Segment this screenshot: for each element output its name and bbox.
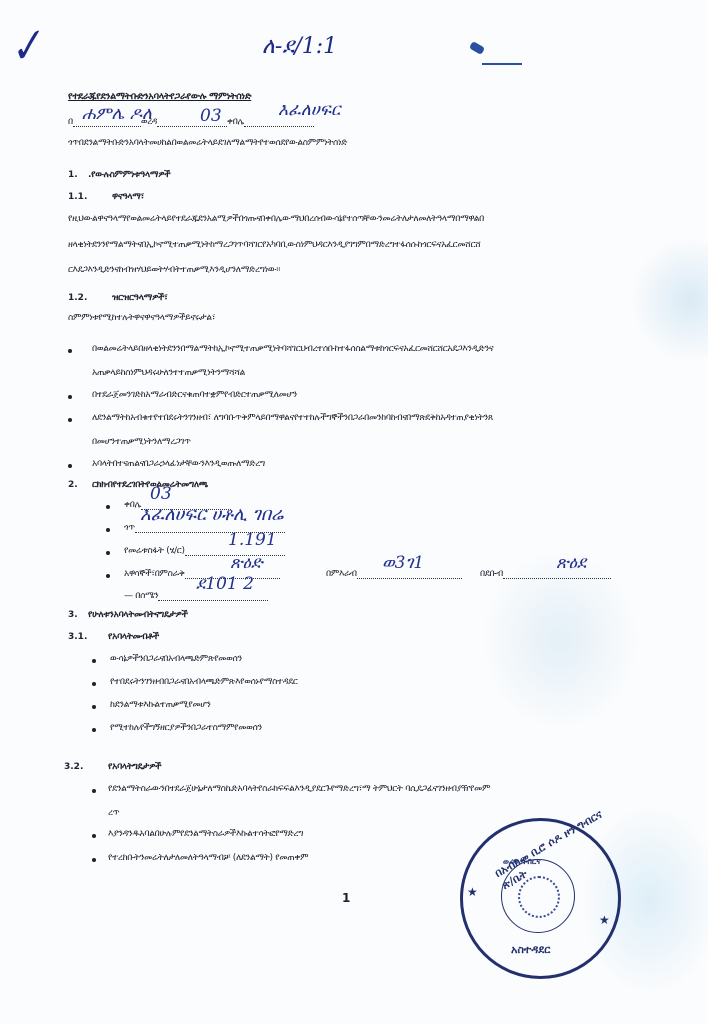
objective-item: ለደንልማትከአብቁተየተበደሩትንገንዘብ፣ ለግባቡጥቅምላይበማዋልናየተ… (92, 413, 493, 423)
bullet-icon (68, 395, 72, 399)
emblem-icon (518, 876, 560, 918)
duties-item: የተረከቡትንመሬትለታለመለትዓላማብቻ (ለደንልማት) የመጠቀም (108, 853, 308, 863)
section-3-title: የሁለቱንአባላትመብትናግዴታዎች (88, 610, 188, 620)
field-label: በሰሜን (135, 591, 158, 601)
bullet-icon (68, 464, 72, 468)
section-1-2-title: ዝርዝርዓላማዎች፣ (112, 293, 168, 303)
field-kebele-value: 03 (150, 484, 172, 504)
month-value: 03 (200, 106, 222, 126)
ink-line (482, 63, 522, 65)
checkmark-handwritten: ✓ (2, 18, 49, 74)
section-3-1-number: 3.1. (68, 632, 87, 642)
star-icon: ★ (467, 885, 478, 899)
official-seal-stamp: በአብክመ ቢሮ ሶዶ ዞን ግብርና ጽ/ቤት ወረዳ ግብርና አስተዳደር… (460, 818, 621, 979)
bullet-icon (92, 728, 96, 732)
section-1-2-number: 1.2. (68, 293, 87, 303)
objective-item: አባላትበተናጠልናበጋራኃላፊነታቸውንእንዲወጡለማድረግ (92, 459, 265, 469)
bullet-icon (68, 418, 72, 422)
section-3-2-number: 3.2. (64, 762, 83, 772)
bullet-icon (92, 789, 96, 793)
objective-item-continued: በመሆንተጠቃሚነትንለማረጋገጥ (92, 437, 191, 447)
scanned-document-page: ✓ ለ-ደ/1:1 የተደራጁየደንልማትቡድንአባላትየጋራየውሉ ማምነትሰ… (0, 0, 708, 1024)
bullet-icon (92, 659, 96, 663)
stamp-inner-text: ወረዳ ግብርና (503, 857, 541, 867)
field-label: በደቡብ (480, 569, 503, 579)
bullet-icon (106, 528, 110, 532)
field-label: ቀበሌ (124, 500, 141, 510)
duties-item: እያንዳንዱአባልበሁሉምየደንልማትስራዎችእኩልተሳትፎየማድረግ (108, 829, 303, 839)
section-3-number: 3. (68, 610, 78, 620)
section-1-title: .የውሉስምምነቱዓላማዎች (88, 170, 170, 180)
bullet-icon (92, 858, 96, 862)
section-2-number: 2. (68, 480, 78, 490)
day-value: ሐምሌ ዶለ (82, 104, 152, 124)
document-title: የተደራጁየደንልማትቡድንአባላትየጋራየውሉ ማምነትሰነድ (68, 91, 251, 102)
field-boundary-north-value: ደ101 2 (196, 574, 254, 594)
field-label: የመሬቱስፋት (ሄ/ር) (124, 546, 185, 556)
field-label: ጎጥ (124, 523, 135, 533)
goal-paragraph-line: የዚህውልዋናዓላማየወልመሬትላይየተደራጁደንአልሚዎችበጎጡናበቀበሌውማ… (68, 214, 484, 224)
rights-item: የተበደሩትንገንዘብበጋራናበአብላጫድምጽእየወሰኑየማስተዳደር (110, 677, 298, 687)
section-1-1-title: ዋናዓላማ፣ (112, 192, 144, 202)
star-icon: ★ (599, 913, 610, 927)
stamp-inner-ring (501, 859, 575, 933)
bullet-icon (68, 349, 72, 353)
section-1-number: 1. (68, 170, 78, 180)
duties-item: የደንልማትስራውንበተደራጀሁኔታለማስኬድአባላትየስራክፍፍልእንዲያደር… (108, 784, 490, 794)
goal-paragraph-line: ዘላቂነትደንንየማልማትናበኢኮኖሚተጠቃሚነትከማረጋገጥባሻገርየአካባቢ… (68, 240, 480, 250)
field-label: በምእራብ (326, 569, 357, 579)
field-area-value: 1.191 (228, 530, 277, 550)
bullet-icon (106, 551, 110, 555)
year-value: እፈለሀፍር (278, 100, 340, 120)
field-label: አዋሳኞች፣በምስራቅ (124, 569, 185, 579)
field-boundary-south-value: ጽዕደ (556, 553, 586, 573)
objective-item: በተደራጀመንገድከአማራብድርናቁጠባተቋምየብድርተጠቃሚለመሆን (92, 390, 297, 400)
objective-item: በወልመሬትላይበዘላቂነትደንንበማልማትከኢኮኖሚተጠቃሚነትባሻገርህብረ… (92, 344, 493, 354)
page-number: 1 (342, 891, 350, 905)
duties-item-continued: ረጥ (108, 808, 119, 818)
field-boundary-south: በደቡብ (480, 569, 611, 579)
section-1-1-number: 1.1. (68, 192, 87, 202)
section-1-2-intro: ስምምነቱየሚከተሉትዋናዋናዓላማዎችይኖሩታል፣ (68, 313, 215, 323)
intro-line: ጎጥበደንልማትቡድንአባላትመሀከልበወልመሬትላይደገለማልማትየተወሰደየ… (68, 138, 347, 148)
stamp-bottom-text: አስተዳደር (511, 943, 550, 957)
section-3-1-title: የአባላትመብቶች (108, 632, 159, 642)
ink-mark (469, 41, 485, 55)
goal-paragraph-line: ርእደጋእንዲድንናከብዝሃህይወትሃብትተጠቃሚእንዲሆንለማድረግነው። (68, 265, 280, 275)
bullet-icon (106, 505, 110, 509)
bullet-icon (92, 834, 96, 838)
field-boundary-east-value: ጽዕድ (230, 553, 263, 573)
bullet-icon (106, 574, 110, 578)
objective-item-continued: አጠቃላይከስነምህዳሩሁለንተተጠቃሚነትንማሻሻል (92, 368, 245, 378)
handwritten-reference: ለ-ደ/1:1 (262, 34, 337, 59)
rights-item: ከደንልማቱእኩልተጠቃሚየመሆን (110, 700, 211, 710)
field-boundary-west-value: ወ3ገ1 (382, 553, 424, 573)
rights-item: ውሳኔዎችንበጋራናበአብላጫድምጽየመወሰን (110, 654, 242, 664)
bullet-icon (92, 705, 96, 709)
rights-item: የሚተከሉየችግኝዘርያዎችንበጋራተስማምየመወሰን (110, 723, 262, 733)
year-label: ቀበሌ (227, 117, 244, 127)
field-got-value: እፈለሀፍር ሀቶሊ ገበሬ (140, 504, 283, 525)
section-3-2-title: የአባላትግዴታዎች (108, 762, 161, 772)
bullet-icon (92, 682, 96, 686)
